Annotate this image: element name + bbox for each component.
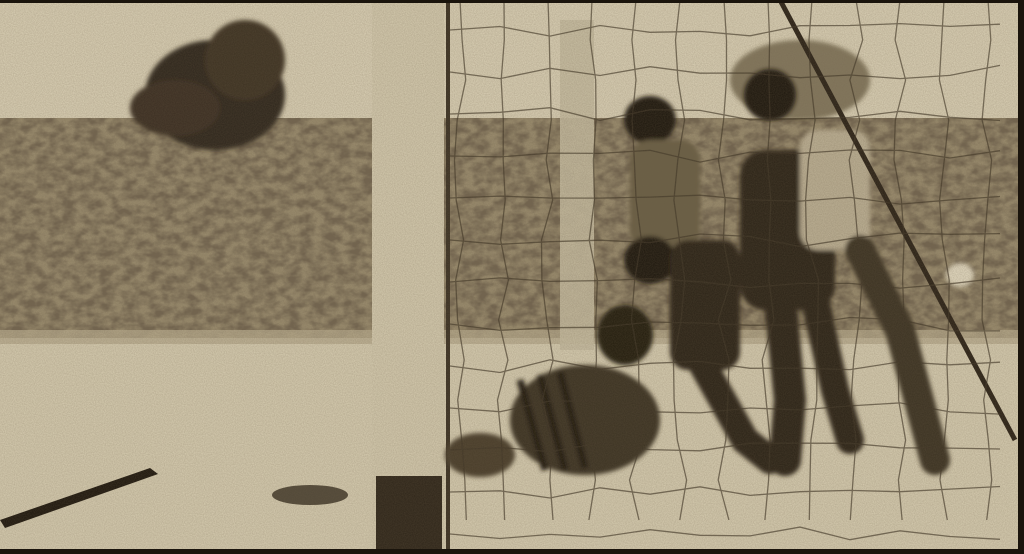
grain-overlay: [0, 0, 1024, 554]
frame-right: [1018, 0, 1024, 554]
newspaper-photo: [0, 0, 1024, 554]
frame-bottom: [0, 549, 1024, 554]
frame-top: [0, 0, 1024, 3]
football-scene: [0, 0, 1024, 554]
